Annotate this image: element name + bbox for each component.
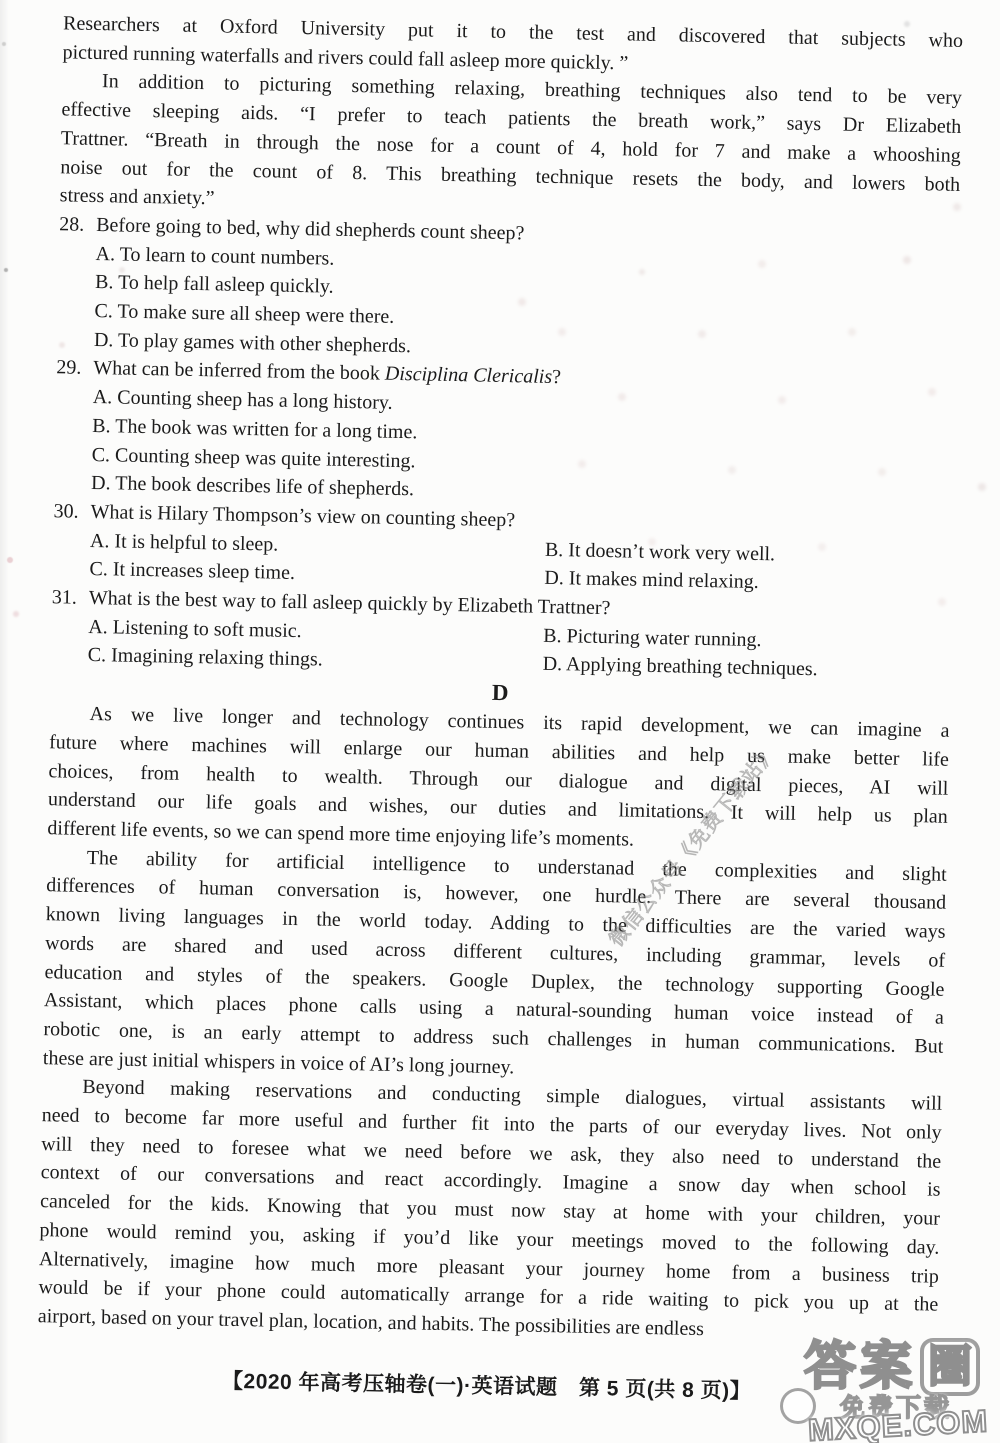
watermark-site-url: MXQE.COM bbox=[807, 1403, 989, 1443]
scanned-exam-page: Researchers at Oxford University put it … bbox=[0, 0, 1000, 1443]
options: A. To learn to count numbers.B. To help … bbox=[57, 239, 959, 371]
stem-text: Before going to bed, why did shepherds c… bbox=[96, 214, 525, 244]
page-content: Researchers at Oxford University put it … bbox=[0, 0, 1000, 1409]
watermark-brand-text: 答案 bbox=[804, 1339, 916, 1395]
stem-text: ? bbox=[552, 366, 561, 388]
question-28: 28.Before going to bed, why did shepherd… bbox=[57, 210, 960, 371]
watermark-answer-badge: 答案 圈 免费下载 MXQE.COM bbox=[804, 1338, 1000, 1443]
stem-text: What is Hilary Thompson’s view on counti… bbox=[90, 501, 515, 531]
question-29: 29.What can be inferred from the book Di… bbox=[54, 354, 957, 515]
passage-top: Researchers at Oxford University put it … bbox=[59, 9, 963, 227]
question-31: 31.What is the best way to fall asleep q… bbox=[51, 583, 953, 687]
stem-text: What can be inferred from the book bbox=[93, 357, 385, 385]
options: A. Counting sheep has a long history.B. … bbox=[54, 382, 956, 514]
passage-d: As we live longer and technology continu… bbox=[38, 699, 950, 1348]
question-block: 28.Before going to bed, why did shepherd… bbox=[51, 210, 960, 687]
scan-noise bbox=[0, 0, 4, 4]
question-number: 29. bbox=[56, 354, 94, 383]
question-number: 28. bbox=[59, 210, 97, 239]
question-number: 30. bbox=[53, 497, 91, 526]
question-number: 31. bbox=[52, 583, 90, 612]
book-title: Disciplina Clericalis bbox=[385, 363, 553, 388]
